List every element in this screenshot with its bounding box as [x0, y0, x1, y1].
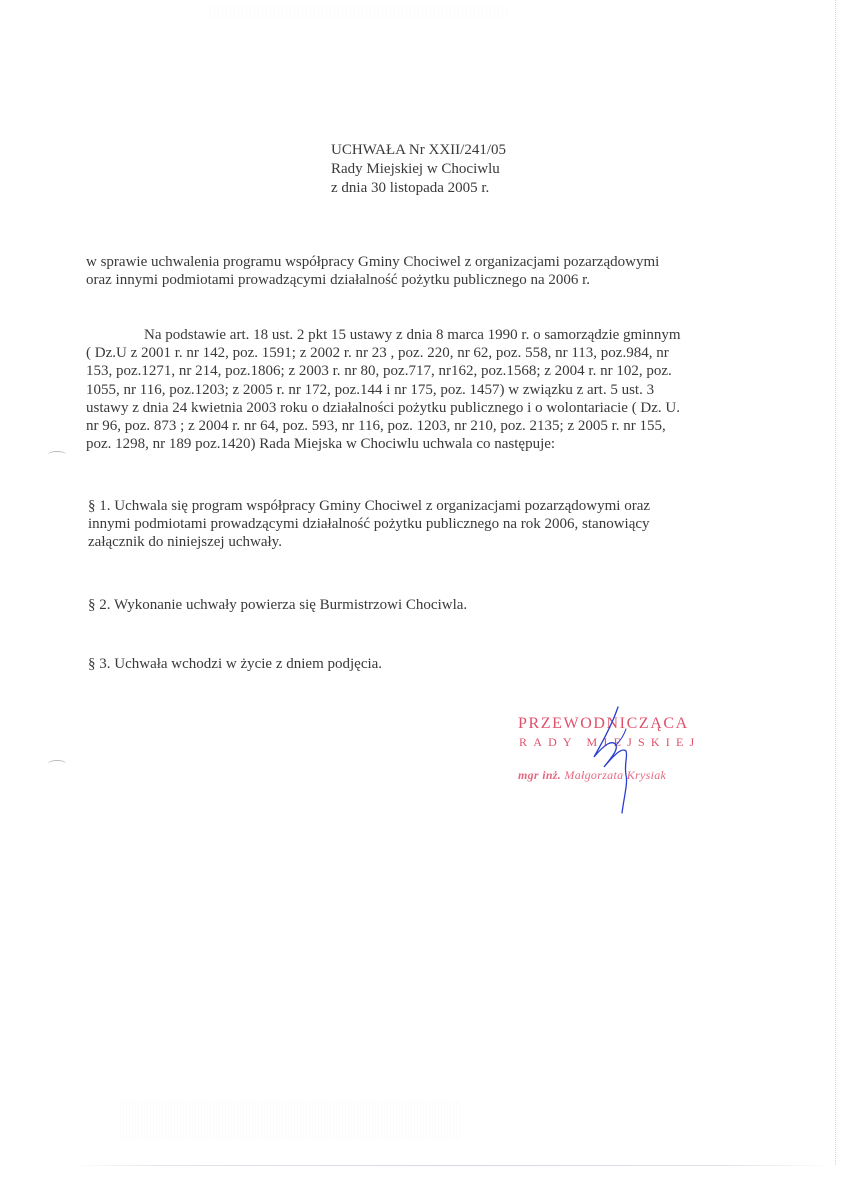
legal-basis-line: poz. 1298, nr 189 poz.1420) Rada Miejska… [86, 435, 681, 453]
paragraph-line: § 1. Uchwala się program współpracy Gmin… [88, 497, 650, 515]
legal-basis-line: Na podstawie art. 18 ust. 2 pkt 15 ustaw… [86, 326, 681, 344]
scan-artifact-top [210, 6, 510, 20]
scan-edge-right [835, 0, 837, 1165]
legal-basis-line: ustawy z dnia 24 kwietnia 2003 roku o dz… [86, 399, 681, 417]
paragraph-line: innymi podmiotami prowadzącymi działalno… [88, 515, 650, 533]
legal-basis-line: 153, poz.1271, nr 214, poz.1806; z 2003 … [86, 362, 681, 380]
resolution-title: UCHWAŁA Nr XXII/241/05 [331, 141, 506, 160]
scan-edge-bottom [70, 1165, 835, 1166]
paragraph-line: § 2. Wykonanie uchwały powierza się Burm… [88, 596, 467, 614]
legal-basis-line: nr 96, poz. 873 ; z 2004 r. nr 64, poz. … [86, 417, 681, 435]
paragraph-line: § 3. Uchwała wchodzi w życie z dniem pod… [88, 655, 382, 673]
subject-line: oraz innymi podmiotami prowadzącymi dzia… [86, 271, 659, 289]
punch-hole-mark [48, 451, 66, 458]
resolution-issuer: Rady Miejskiej w Chociwlu [331, 160, 506, 179]
resolution-header: UCHWAŁA Nr XXII/241/05 Rady Miejskiej w … [331, 141, 506, 198]
paragraph-3: § 3. Uchwała wchodzi w życie z dniem pod… [88, 655, 382, 673]
paragraph-2: § 2. Wykonanie uchwały powierza się Burm… [88, 596, 467, 614]
paragraph-1: § 1. Uchwala się program współpracy Gmin… [88, 497, 650, 551]
punch-hole-mark [48, 760, 66, 767]
stamp-name-prefix: mgr inż. [518, 768, 561, 782]
resolution-date: z dnia 30 listopada 2005 r. [331, 179, 506, 198]
legal-basis: Na podstawie art. 18 ust. 2 pkt 15 ustaw… [86, 326, 681, 453]
subject-line: w sprawie uchwalenia programu współpracy… [86, 253, 659, 271]
scan-artifact-bottom [120, 1100, 460, 1140]
paragraph-line: załącznik do niniejszej uchwały. [88, 533, 650, 551]
legal-basis-line: 1055, nr 116, poz.1203; z 2005 r. nr 172… [86, 381, 681, 399]
scanned-document-page: UCHWAŁA Nr XXII/241/05 Rady Miejskiej w … [0, 0, 850, 1194]
handwritten-signature [590, 705, 650, 815]
resolution-subject: w sprawie uchwalenia programu współpracy… [86, 253, 659, 289]
legal-basis-line: ( Dz.U z 2001 r. nr 142, poz. 1591; z 20… [86, 344, 681, 362]
